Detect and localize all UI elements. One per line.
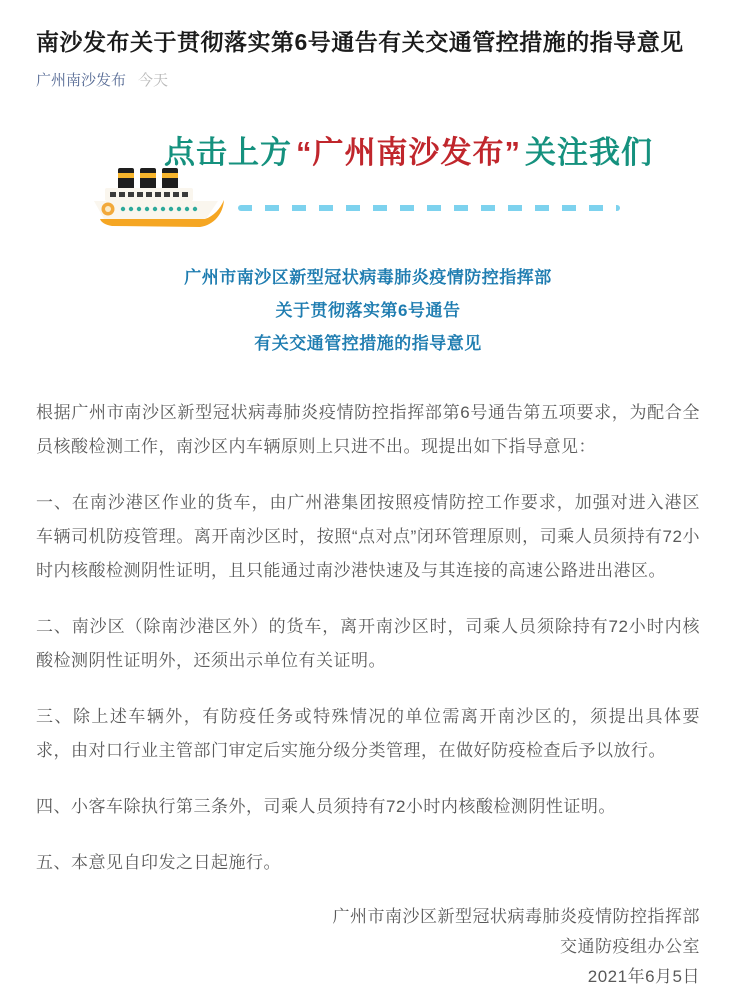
publish-time: 今天	[138, 72, 168, 89]
paragraph-item-4: 四、小客车除执行第三条外，司乘人员须持有72小时内核酸检测阴性证明。	[36, 790, 700, 824]
article-title: 南沙发布关于贯彻落实第6号通告有关交通管控措施的指导意见	[36, 26, 700, 58]
paragraph-item-5: 五、本意见自印发之日起施行。	[36, 846, 700, 880]
banner-text-suffix: 关注我们	[525, 135, 653, 170]
banner-text-prefix: 点击上方	[164, 135, 292, 170]
paragraph-item-1: 一、在南沙港区作业的货车，由广州港集团按照疫情防控工作要求，加强对进入港区车辆司…	[36, 486, 700, 588]
notice-heading: 广州市南沙区新型冠状病毒肺炎疫情防控指挥部 关于贯彻落实第6号通告 有关交通管控…	[36, 261, 700, 360]
signature-authority: 广州市南沙区新型冠状病毒肺炎疫情防控指挥部	[36, 902, 700, 932]
notice-heading-line: 关于贯彻落实第6号通告	[36, 294, 700, 327]
article-meta: 广州南沙发布今天	[36, 71, 700, 91]
article-page: 南沙发布关于贯彻落实第6号通告有关交通管控措施的指导意见 广州南沙发布今天 点击…	[0, 26, 736, 1002]
banner-text-highlight: “广州南沙发布”	[292, 135, 525, 170]
follow-banner[interactable]: 点击上方“广州南沙发布”关注我们	[90, 133, 646, 233]
paragraph-item-3: 三、除上述车辆外，有防疫任务或特殊情况的单位需离开南沙区的，须提出具体要求，由对…	[36, 700, 700, 768]
banner-text: 点击上方“广州南沙发布”关注我们	[164, 133, 634, 173]
account-name-link[interactable]: 广州南沙发布	[36, 72, 126, 89]
signature-office: 交通防疫组办公室	[36, 932, 700, 962]
dashed-line	[238, 205, 620, 211]
notice-body: 根据广州市南沙区新型冠状病毒肺炎疫情防控指挥部第6号通告第五项要求，为配合全员核…	[36, 396, 700, 880]
paragraph-item-2: 二、南沙区（除南沙港区外）的货车，离开南沙区时，司乘人员须除持有72小时内核酸检…	[36, 610, 700, 678]
ship-icon	[92, 167, 232, 233]
notice-heading-line: 有关交通管控措施的指导意见	[36, 327, 700, 360]
signature-date: 2021年6月5日	[36, 962, 700, 992]
paragraph-intro: 根据广州市南沙区新型冠状病毒肺炎疫情防控指挥部第6号通告第五项要求，为配合全员核…	[36, 396, 700, 464]
signature-block: 广州市南沙区新型冠状病毒肺炎疫情防控指挥部 交通防疫组办公室 2021年6月5日	[36, 902, 700, 1002]
notice-heading-line: 广州市南沙区新型冠状病毒肺炎疫情防控指挥部	[36, 261, 700, 294]
